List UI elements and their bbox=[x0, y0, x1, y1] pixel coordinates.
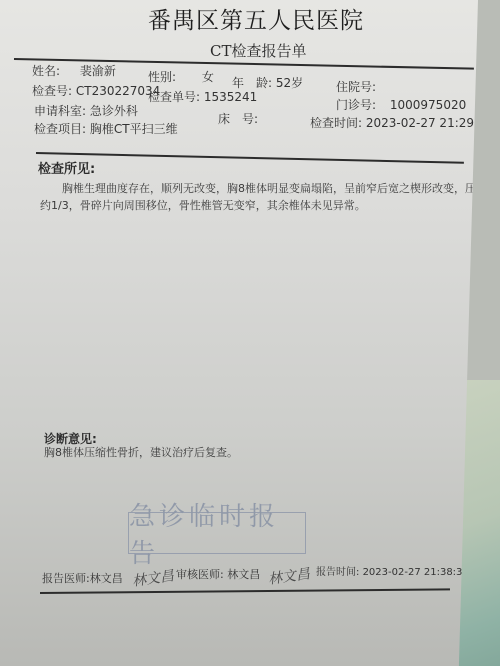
report-doctor-label: 报告医师: bbox=[42, 572, 90, 585]
department-label: 申请科室: bbox=[34, 104, 86, 118]
outpatient-no-value: 1000975020 bbox=[390, 98, 466, 112]
exam-no-label: 检查号: bbox=[32, 84, 72, 98]
exam-item-label: 检查项目: bbox=[34, 122, 86, 136]
outpatient-no-field: 门诊号: 1000975020 bbox=[336, 96, 466, 113]
exam-time-label: 检查时间: bbox=[310, 116, 362, 130]
findings-line-1: 胸椎生理曲度存在，顺列无改变，胸8椎体明显变扁塌陷，呈前窄后宽之楔形改变，压缩 bbox=[62, 180, 487, 197]
bed-no-label: 床 号: bbox=[218, 112, 258, 126]
hospital-name: 番禺区第五人民医院 bbox=[148, 2, 364, 35]
footer-divider bbox=[40, 588, 450, 593]
ct-report-sheet: 番禺区第五人民医院 CT检查报告单 姓名: 裴渝新 性别: 女 年 龄: 52岁… bbox=[0, 0, 478, 666]
report-doctor-value: 林文昌 bbox=[90, 572, 123, 585]
review-doctor-label: 审核医师: bbox=[176, 568, 224, 581]
exam-order-no-label: 检查单号: bbox=[148, 90, 200, 104]
inpatient-no-label: 住院号: bbox=[336, 80, 376, 94]
patient-name-value: 裴渝新 bbox=[80, 64, 116, 78]
patient-name-label: 姓名: bbox=[32, 64, 60, 78]
review-doctor-field: 审核医师: 林文昌 bbox=[176, 566, 260, 582]
exam-no-field: 检查号: CT230227034 bbox=[32, 82, 160, 99]
report-time-label: 报告时间: bbox=[316, 567, 359, 578]
exam-time-field: 检查时间: 2023-02-27 21:29:38 bbox=[310, 114, 493, 131]
emergency-temporary-report-stamp: 急诊临时报告 bbox=[128, 512, 306, 554]
review-doctor-signature: 林文昌 bbox=[267, 563, 311, 589]
findings-line-2: 约1/3，骨碎片向周围移位，骨性椎管无变窄，其余椎体未见异常。 bbox=[40, 197, 366, 214]
findings-heading: 检查所见: bbox=[38, 158, 95, 177]
patient-age-value: 52岁 bbox=[276, 76, 303, 90]
outpatient-no-label: 门诊号: bbox=[336, 98, 376, 112]
department-field: 申请科室: 急诊外科 bbox=[34, 102, 138, 119]
report-doctor-signature: 林文昌 bbox=[131, 565, 175, 591]
report-time-value: 2023-02-27 21:38:38 bbox=[363, 567, 469, 578]
inpatient-no-field: 住院号: bbox=[336, 78, 376, 95]
department-value: 急诊外科 bbox=[90, 104, 138, 118]
exam-time-value: 2023-02-27 21:29:38 bbox=[366, 116, 493, 130]
findings-divider bbox=[36, 152, 464, 163]
exam-order-no-value: 1535241 bbox=[204, 90, 257, 104]
report-doctor-field: 报告医师:林文昌 bbox=[42, 570, 123, 586]
patient-name-field: 姓名: 裴渝新 bbox=[32, 62, 116, 79]
exam-item-value: 胸椎CT平扫三维 bbox=[90, 122, 178, 136]
exam-item-field: 检查项目: 胸椎CT平扫三维 bbox=[34, 120, 178, 137]
review-doctor-value: 林文昌 bbox=[227, 568, 260, 581]
exam-order-no-field: 检查单号: 1535241 bbox=[148, 88, 257, 105]
diagnosis-text: 胸8椎体压缩性骨折，建议治疗后复查。 bbox=[44, 444, 238, 461]
report-time-field: 报告时间: 2023-02-27 21:38:38 bbox=[316, 563, 469, 578]
report-title: CT检查报告单 bbox=[210, 40, 306, 61]
patient-sex-value: 女 bbox=[202, 70, 214, 84]
bed-no-field: 床 号: bbox=[218, 110, 258, 127]
